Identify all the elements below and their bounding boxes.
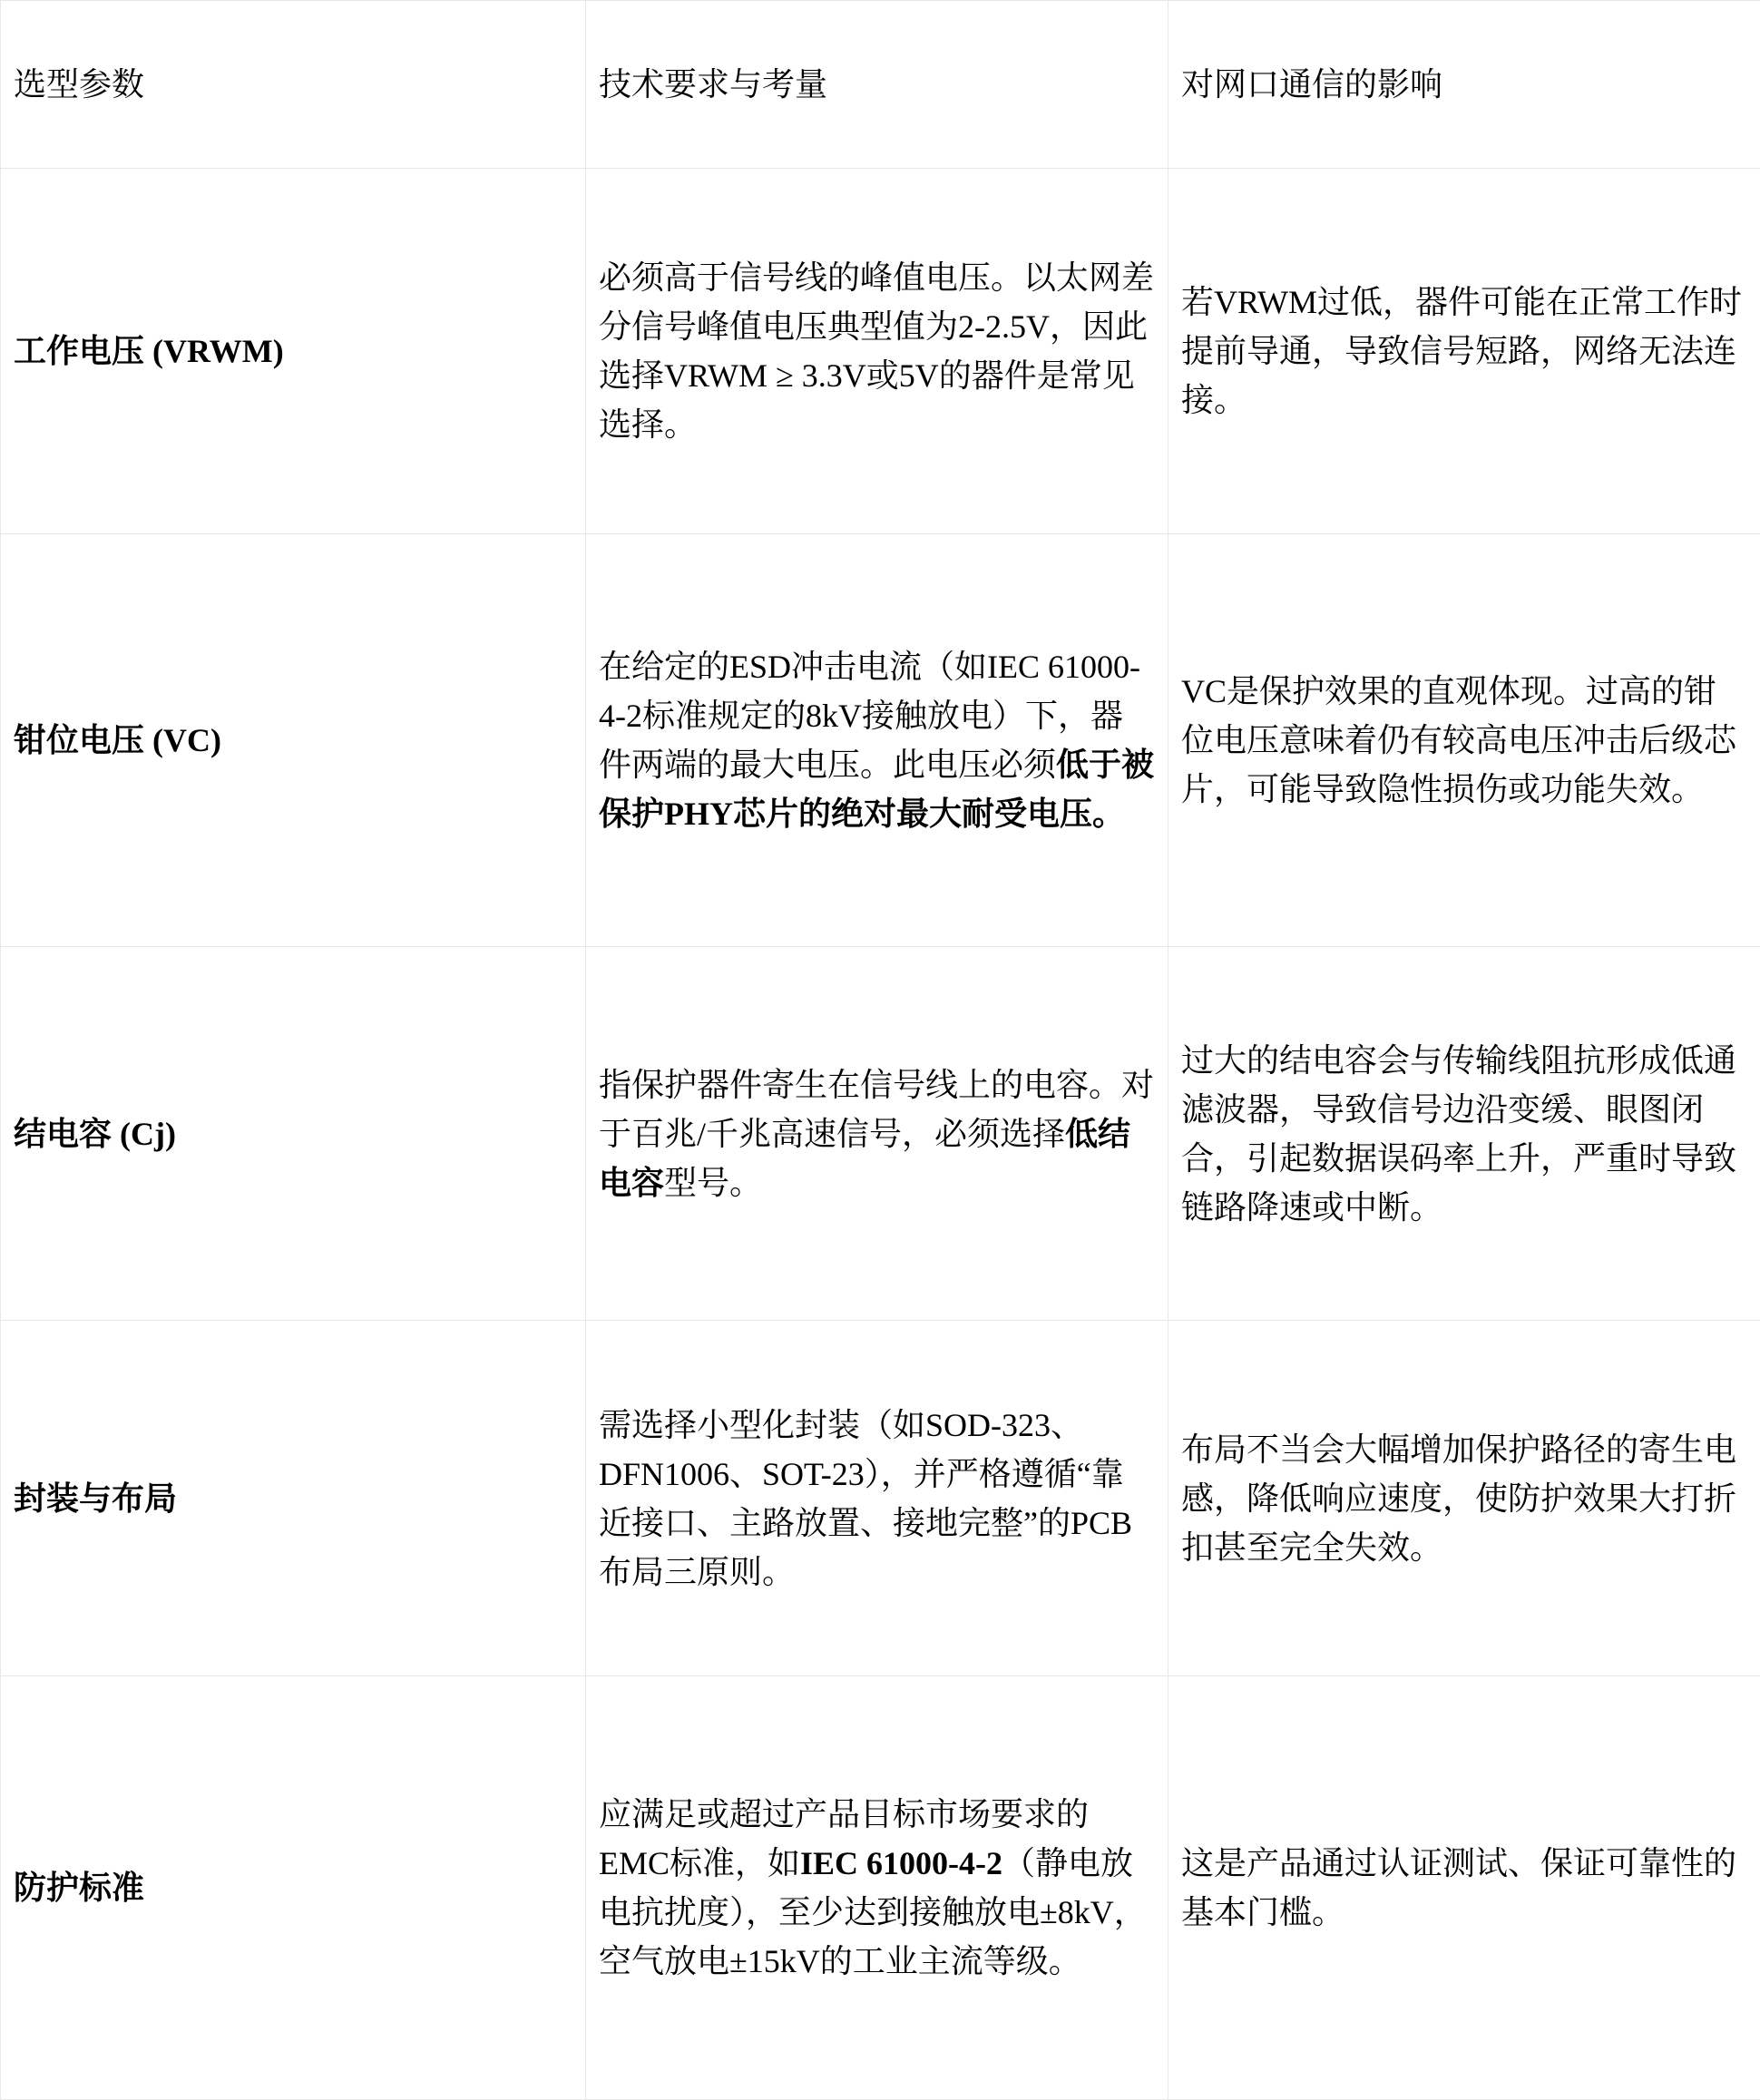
param-cell: 防护标准 xyxy=(1,1676,586,2100)
impact-text: 若VRWM过低，器件可能在正常工作时提前导通，导致信号短路，网络无法连接。 xyxy=(1181,284,1742,418)
requirement-text-bold: IEC 61000-4-2 xyxy=(800,1845,1002,1881)
header-row: 选型参数 技术要求与考量 对网口通信的影响 xyxy=(1,1,1760,169)
requirement-text: 必须高于信号线的峰值电压。以太网差分信号峰值电压典型值为2-2.5V，因此选择V… xyxy=(599,259,1154,443)
param-label: 工作电压 (VRWM) xyxy=(14,333,284,369)
impact-text: VC是保护效果的直观体现。过高的钳位电压意味着仍有较高电压冲击后级芯片，可能导致… xyxy=(1181,673,1736,807)
impact-text: 这是产品通过认证测试、保证可靠性的基本门槛。 xyxy=(1181,1845,1736,1930)
param-cell: 钳位电压 (VC) xyxy=(1,534,586,947)
col-header-technical-requirements: 技术要求与考量 xyxy=(586,1,1168,169)
param-label: 防护标准 xyxy=(14,1870,144,1906)
col-header-impact-on-network-port: 对网口通信的影响 xyxy=(1168,1,1760,169)
table-row: 结电容 (Cj)指保护器件寄生在信号线上的电容。对于百兆/千兆高速信号，必须选择… xyxy=(1,947,1760,1321)
requirement-text: 型号。 xyxy=(664,1165,762,1201)
requirements-cell: 需选择小型化封装（如SOD-323、DFN1006、SOT-23），并严格遵循“… xyxy=(586,1321,1168,1676)
param-label: 钳位电压 (VC) xyxy=(14,722,221,758)
table-row: 封装与布局需选择小型化封装（如SOD-323、DFN1006、SOT-23），并… xyxy=(1,1321,1760,1676)
esd-selection-parameters-table: 选型参数 技术要求与考量 对网口通信的影响 工作电压 (VRWM)必须高于信号线… xyxy=(0,0,1760,2100)
table-row: 工作电压 (VRWM)必须高于信号线的峰值电压。以太网差分信号峰值电压典型值为2… xyxy=(1,169,1760,534)
requirements-cell: 指保护器件寄生在信号线上的电容。对于百兆/千兆高速信号，必须选择低结电容型号。 xyxy=(586,947,1168,1321)
table-body: 工作电压 (VRWM)必须高于信号线的峰值电压。以太网差分信号峰值电压典型值为2… xyxy=(1,169,1760,2100)
param-cell: 工作电压 (VRWM) xyxy=(1,169,586,534)
col-header-selection-parameter: 选型参数 xyxy=(1,1,586,169)
param-label: 封装与布局 xyxy=(14,1480,177,1517)
param-label: 结电容 (Cj) xyxy=(14,1116,176,1152)
impact-cell: 布局不当会大幅增加保护路径的寄生电感，降低响应速度，使防护效果大打折扣甚至完全失… xyxy=(1168,1321,1760,1676)
table-row: 防护标准应满足或超过产品目标市场要求的EMC标准，如IEC 61000-4-2（… xyxy=(1,1676,1760,2100)
param-cell: 封装与布局 xyxy=(1,1321,586,1676)
impact-text: 布局不当会大幅增加保护路径的寄生电感，降低响应速度，使防护效果大打折扣甚至完全失… xyxy=(1181,1431,1736,1566)
requirement-text: 需选择小型化封装（如SOD-323、DFN1006、SOT-23），并严格遵循“… xyxy=(599,1407,1132,1590)
impact-cell: 这是产品通过认证测试、保证可靠性的基本门槛。 xyxy=(1168,1676,1760,2100)
table-header: 选型参数 技术要求与考量 对网口通信的影响 xyxy=(1,1,1760,169)
impact-cell: 过大的结电容会与传输线阻抗形成低通滤波器，导致信号边沿变缓、眼图闭合，引起数据误… xyxy=(1168,947,1760,1321)
requirements-cell: 在给定的ESD冲击电流（如IEC 61000-4-2标准规定的8kV接触放电）下… xyxy=(586,534,1168,947)
table-row: 钳位电压 (VC)在给定的ESD冲击电流（如IEC 61000-4-2标准规定的… xyxy=(1,534,1760,947)
param-cell: 结电容 (Cj) xyxy=(1,947,586,1321)
requirements-cell: 必须高于信号线的峰值电压。以太网差分信号峰值电压典型值为2-2.5V，因此选择V… xyxy=(586,169,1168,534)
impact-text: 过大的结电容会与传输线阻抗形成低通滤波器，导致信号边沿变缓、眼图闭合，引起数据误… xyxy=(1181,1042,1736,1226)
requirements-cell: 应满足或超过产品目标市场要求的EMC标准，如IEC 61000-4-2（静电放电… xyxy=(586,1676,1168,2100)
impact-cell: VC是保护效果的直观体现。过高的钳位电压意味着仍有较高电压冲击后级芯片，可能导致… xyxy=(1168,534,1760,947)
impact-cell: 若VRWM过低，器件可能在正常工作时提前导通，导致信号短路，网络无法连接。 xyxy=(1168,169,1760,534)
